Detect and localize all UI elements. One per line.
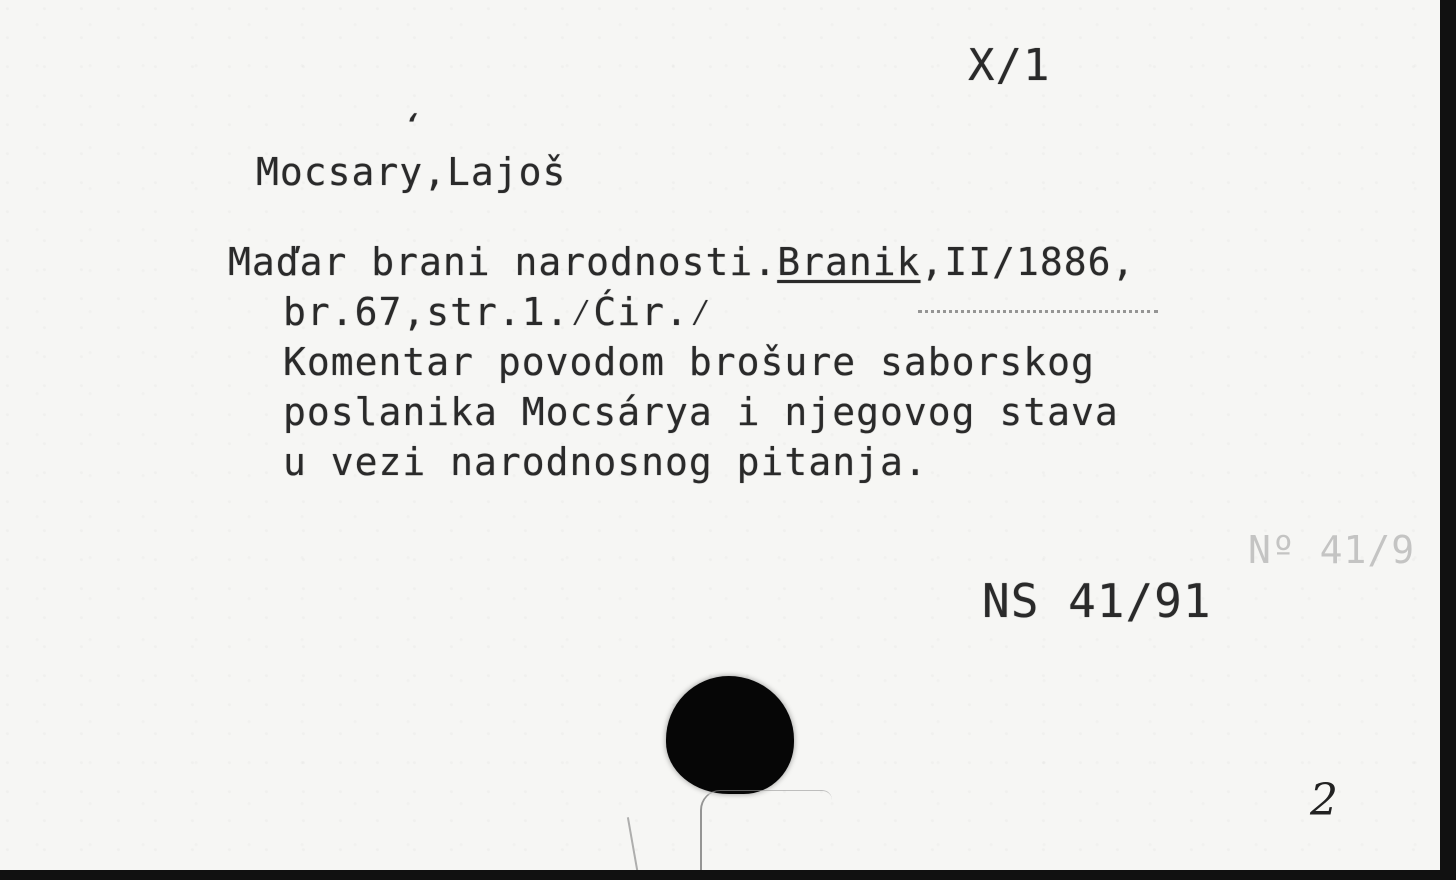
catalog-card: X/1 ʻ Mocsary,Lajoš Maďar brani narodnos… — [0, 0, 1456, 880]
journal-title: Branik — [777, 240, 920, 284]
paper-tear-mark — [627, 815, 649, 876]
punch-hole — [666, 676, 794, 794]
entry-line-4: poslanika Mocsárya i njegovog stava — [283, 387, 1119, 437]
scan-edge-bottom — [0, 870, 1456, 880]
entry-line-5: u vezi narodnosnog pitanja. — [283, 437, 928, 487]
entry-line-1: Maďar brani narodnosti.Branik,II/1886, — [228, 237, 1135, 287]
entry-title: Maďar brani narodnosti. — [228, 240, 777, 284]
call-number: NS 41/91 — [982, 574, 1212, 628]
author-heading: Mocsary,Lajoš — [256, 150, 566, 194]
entry-line-2: br.67,str.1.⁄Ćir.⁄ — [283, 287, 713, 337]
paper-tear — [700, 790, 832, 871]
entry-line-3: Komentar povodom brošure saborskog — [283, 337, 1095, 387]
handwritten-page-number: 2 — [1310, 775, 1338, 826]
scan-edge-right — [1440, 0, 1456, 880]
journal-volume: ,II/1886, — [920, 240, 1135, 284]
accent-mark: ʻ — [399, 110, 424, 140]
faded-stamp: Nº 41/9 — [1248, 528, 1415, 572]
dotted-leader — [918, 310, 1158, 313]
card-number: X/1 — [968, 40, 1050, 91]
